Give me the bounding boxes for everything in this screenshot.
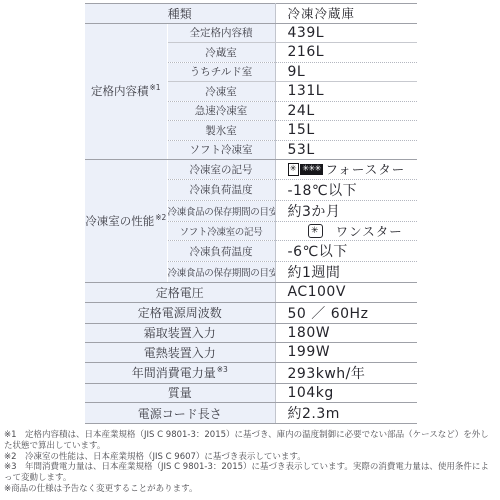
table-row: 種類冷凍冷蔵庫 <box>85 4 417 24</box>
row-label-text: 種類 <box>168 7 192 21</box>
row-value: 冷凍冷蔵庫 <box>275 4 417 24</box>
one-star-rating: ✳ワンスター <box>308 222 418 240</box>
row-value: 24L <box>275 101 417 121</box>
sub-row-label: 冷凍負荷温度 <box>167 179 275 200</box>
sub-row-label: 冷凍負荷温度 <box>167 241 275 262</box>
table-row: 質量104kg <box>85 383 417 403</box>
table-row: 霜取装置入力180W <box>85 323 417 343</box>
sub-row-label: 冷凍室 <box>167 82 275 102</box>
one-star-icon: ✳ <box>308 224 323 238</box>
row-value: -6℃以下 <box>275 241 417 262</box>
row-label: 定格電源周波数 <box>85 302 275 323</box>
row-value: 53L <box>275 140 417 160</box>
row-label-text: 霜取装置入力 <box>144 326 216 340</box>
row-label-text: 質量 <box>168 386 192 400</box>
sub-row-label: うちチルド室 <box>167 62 275 82</box>
sub-row-label: 冷凍室の記号 <box>167 160 275 180</box>
row-label: 年間消費電力量※3 <box>85 362 275 383</box>
row-value: 50 ／ 60Hz <box>275 302 417 323</box>
sub-row-label: ソフト冷凍室 <box>167 140 275 160</box>
sub-row-label: 冷凍食品の保存期間の目安 <box>167 262 275 283</box>
row-value: 約2.3m <box>275 403 417 424</box>
four-star-rating: ✳✳✳✳フォースター <box>288 160 418 178</box>
four-star-filled-icon: ✳✳✳ <box>300 164 322 175</box>
spec-sheet: 種類冷凍冷蔵庫定格内容積※1全定格内容積439L冷蔵室216Lうちチルド室9L冷… <box>0 3 500 500</box>
row-value: -18℃以下 <box>275 179 417 200</box>
row-value: 199W <box>275 343 417 363</box>
row-value: ✳✳✳✳フォースター <box>275 160 417 180</box>
sub-row-label: 製氷室 <box>167 121 275 141</box>
row-value: 約1週間 <box>275 262 417 283</box>
group-label: 冷凍室の性能※2 <box>85 160 167 283</box>
row-label: 電熱装置入力 <box>85 343 275 363</box>
footnote-ref: ※2 <box>155 213 166 222</box>
row-label-text: 定格電源周波数 <box>138 306 222 320</box>
star-rating-label: ワンスター <box>336 222 403 240</box>
footnote-ref: ※1 <box>149 83 160 92</box>
table-row: 定格電圧AC100V <box>85 283 417 303</box>
sub-row-label: 急速冷凍室 <box>167 101 275 121</box>
footnote: ※商品の仕様は予告なく変更することがあります。 <box>4 484 496 495</box>
sub-row-label: 冷蔵室 <box>167 43 275 63</box>
sub-row-label: 全定格内容積 <box>167 23 275 43</box>
row-label: 電源コード長さ <box>85 403 275 424</box>
footnote: ※3 年間消費電力量は、日本産業規格（JIS C 9801-3：2015）に基づ… <box>4 462 496 484</box>
table-row: 年間消費電力量※3293kwh/年 <box>85 362 417 383</box>
row-value: ✳ワンスター <box>275 221 417 241</box>
table-row: 定格内容積※1全定格内容積439L <box>85 23 417 43</box>
four-star-outline-icon: ✳ <box>288 163 300 176</box>
sub-row-label: ソフト冷凍室の記号 <box>167 221 275 241</box>
star-rating-label: フォースター <box>326 160 406 178</box>
footnote: ※1 定格内容積は、日本産業規格（JIS C 9801-3：2015）に基づき、… <box>4 430 496 452</box>
row-label: 種類 <box>85 4 275 24</box>
row-label-text: 電源コード長さ <box>138 407 222 421</box>
table-row: 電熱装置入力199W <box>85 343 417 363</box>
row-value: 293kwh/年 <box>275 362 417 383</box>
row-label-text: 電熱装置入力 <box>144 346 216 360</box>
row-value: 180W <box>275 323 417 343</box>
row-value: 15L <box>275 121 417 141</box>
group-label: 定格内容積※1 <box>85 23 167 160</box>
row-value: 約3か月 <box>275 200 417 221</box>
row-label: 質量 <box>85 383 275 403</box>
row-value: 104kg <box>275 383 417 403</box>
table-row: 電源コード長さ約2.3m <box>85 403 417 424</box>
row-value: 439L <box>275 23 417 43</box>
row-label-text: 年間消費電力量 <box>132 366 216 380</box>
row-value: 216L <box>275 43 417 63</box>
footnotes: ※1 定格内容積は、日本産業規格（JIS C 9801-3：2015）に基づき、… <box>4 430 496 495</box>
refrigerator-spec-table: 種類冷凍冷蔵庫定格内容積※1全定格内容積439L冷蔵室216Lうちチルド室9L冷… <box>85 3 417 424</box>
row-value: 9L <box>275 62 417 82</box>
sub-row-label: 冷凍食品の保存期間の目安 <box>167 200 275 221</box>
row-value: AC100V <box>275 283 417 303</box>
row-value: 131L <box>275 82 417 102</box>
row-label: 定格電圧 <box>85 283 275 303</box>
footnote-ref: ※3 <box>217 365 228 374</box>
row-label-text: 冷凍室の性能 <box>85 214 154 228</box>
row-label-text: 定格内容積 <box>91 84 149 98</box>
row-label: 霜取装置入力 <box>85 323 275 343</box>
footnote: ※2 冷凍室の性能は、日本産業規格（JIS C 9607）に基づき表示しています… <box>4 452 496 463</box>
row-label-text: 定格電圧 <box>156 286 204 300</box>
table-row: 定格電源周波数50 ／ 60Hz <box>85 302 417 323</box>
table-row: 冷凍室の性能※2冷凍室の記号✳✳✳✳フォースター <box>85 160 417 180</box>
